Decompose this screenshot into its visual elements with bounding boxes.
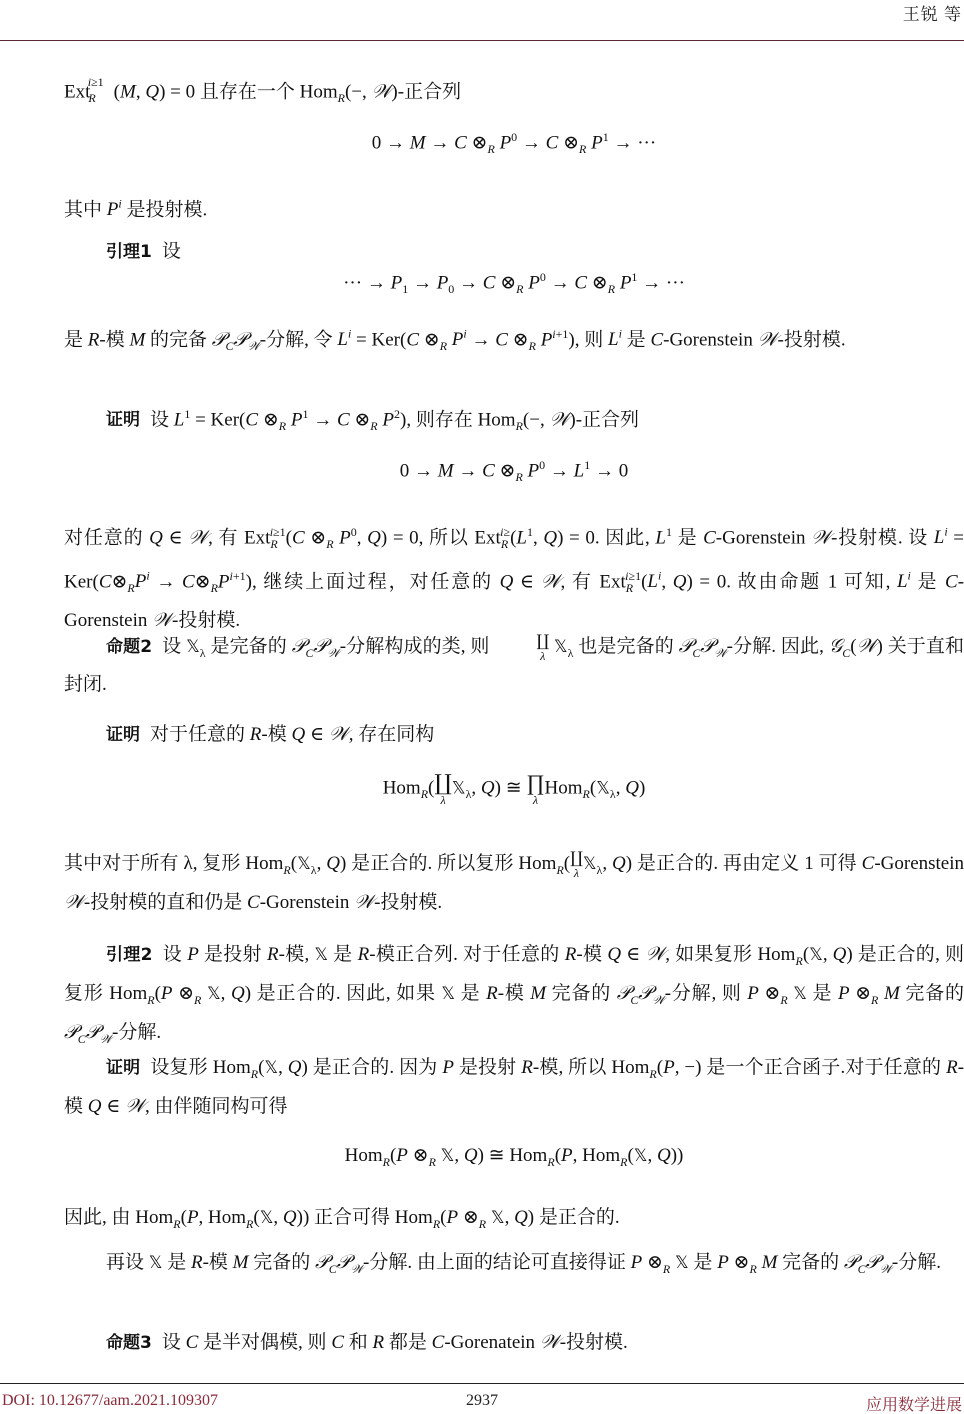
lemma-1-statement: 是 R-模 M 的完备 𝒫C𝒫𝒲-分解, 令 Li = Ker(C ⊗R Pi …: [64, 318, 964, 362]
proof-3-label: 证明: [106, 1058, 140, 1078]
equation-proof-1: 0 → M → C ⊗R P0 → L1 → 0: [64, 458, 964, 485]
journal-name: 应用数学进展: [866, 1392, 962, 1414]
proof-3-conclusion: 因此, 由 HomR(P, HomR(𝕏, Q)) 正合可得 HomR(P ⊗R…: [64, 1202, 964, 1240]
page-footer: DOI: 10.12677/aam.2021.109307 2937 应用数学进…: [0, 1392, 964, 1414]
page-number: 2937: [0, 1392, 964, 1410]
proof-2-body: 其中对于所有 λ, 复形 HomR(𝕏λ, Q) 是正合的. 所以复形 HomR…: [64, 848, 964, 919]
proof-3-intro: 证明设复形 HomR(𝕏, Q) 是正合的. 因为 P 是投射 R-模, 所以 …: [64, 1052, 964, 1123]
running-header-author: 王锐 等: [903, 0, 962, 25]
proof-1-body: 对任意的 Q ∈ 𝒲, 有 ExtRi≥1(C ⊗R P0, Q) = 0, 所…: [64, 516, 964, 637]
proposition-3-label: 命题3: [106, 1333, 152, 1353]
lemma-2-label: 引理2: [106, 945, 152, 965]
header-rule: [0, 40, 964, 41]
equation-proof-2: HomR(∐λ𝕏λ, Q) ≅ ∏λHomR(𝕏λ, Q): [64, 772, 964, 806]
proof-2-label: 证明: [106, 725, 140, 745]
lemma-2: 引理2设 P 是投射 R-模, 𝕏 是 R-模正合列. 对于任意的 R-模 Q …: [64, 938, 964, 1054]
equation-lemma-1: ··· → P1 → P0 → C ⊗R P0 → C ⊗R P1 → ···: [64, 270, 964, 297]
lemma-1-label: 引理1: [106, 242, 152, 262]
proof-1-label: 证明: [106, 410, 140, 430]
equation-proof-3: HomR(P ⊗R 𝕏, Q) ≅ HomR(P, HomR(𝕏, Q)): [64, 1144, 964, 1170]
proof-2-intro: 证明对于任意的 R-模 Q ∈ 𝒲, 存在同构: [64, 718, 964, 751]
paragraph-ext-condition: ExtRi≥1(M, Q) = 0 且存在一个 HomR(−, 𝒲)-正合列: [64, 70, 964, 114]
paragraph-projective: 其中 Pi 是投射模.: [64, 188, 964, 226]
proposition-3: 命题3设 C 是半对偶模, 则 C 和 R 都是 C-Gorenatein 𝒲-…: [64, 1326, 964, 1359]
proof-1-intro: 证明设 L1 = Ker(C ⊗R P1 → C ⊗R P2), 则存在 Hom…: [64, 398, 964, 442]
proof-3-continuation: 再设 𝕏 是 R-模 M 完备的 𝒫C𝒫𝒲-分解. 由上面的结论可直接得证 P …: [64, 1246, 964, 1285]
proposition-2-label: 命题2: [106, 637, 152, 657]
footer-rule: [0, 1383, 964, 1384]
lemma-1-intro: 设: [162, 241, 181, 262]
proposition-2: 命题2设 𝕏λ 是完备的 𝒫C𝒫𝒲-分解构成的类, 则 ∐λ 𝕏λ 也是完备的 …: [64, 630, 964, 701]
equation-exact-sequence-1: 0 → M → C ⊗R P0 → C ⊗R P1 → ···: [64, 130, 964, 157]
lemma-1-heading: 引理1设: [64, 236, 964, 268]
